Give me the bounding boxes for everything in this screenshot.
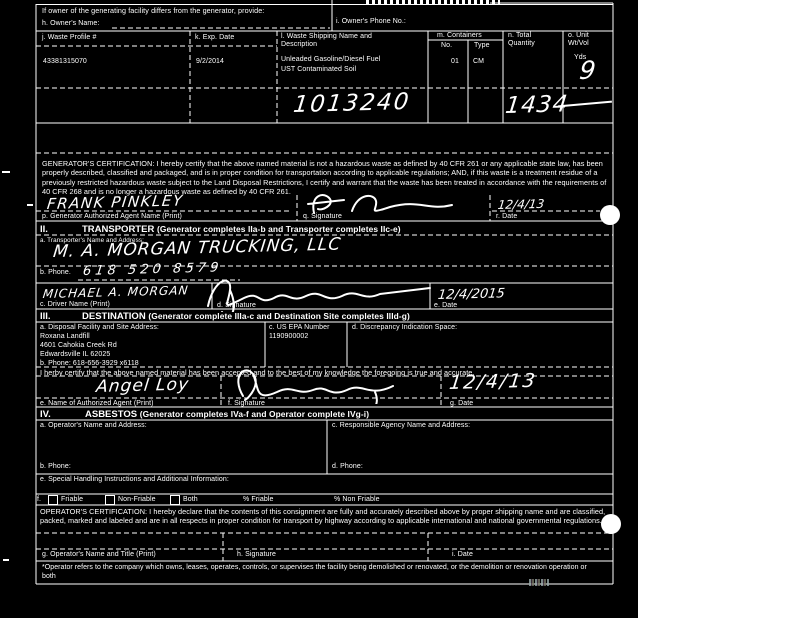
- scan-speck: [27, 204, 33, 206]
- containers-header: m. Containers: [437, 32, 482, 39]
- waste-profile-header: j. Waste Profile #: [42, 34, 96, 41]
- friable-row-label: f.: [37, 496, 41, 503]
- exp-date-value: 9/2/2014: [196, 58, 224, 65]
- responsible-agency-label: c. Responsible Agency Name and Address:: [332, 422, 470, 429]
- unit-header: o. Unit Wt/Vol: [568, 32, 602, 49]
- section-iv-subtitle: (Generator completes IVa-f and Operator …: [140, 409, 369, 419]
- generator-agent-name-handwritten: FRANK PINKLEY: [46, 191, 185, 213]
- unit-handwritten-value: 9: [578, 56, 597, 85]
- manifest-number-handwritten: 1013240: [292, 89, 412, 118]
- destination-agent-handwritten: Angel Loy: [95, 375, 190, 397]
- transporter-phone-label: b. Phone.: [40, 269, 71, 276]
- section-iii-number: III.: [40, 311, 51, 322]
- shipping-name-line2: UST Contaminated Soil: [281, 66, 356, 73]
- facility-phone: b. Phone: 618-656-3929 x6118: [40, 360, 139, 367]
- generator-date-handwritten: 12/4/13: [497, 197, 545, 212]
- both-label: Both: [183, 496, 198, 503]
- facility-city: Edwardsville IL 62025: [40, 351, 110, 358]
- section-ii-subtitle: (Generator completes IIa-b and Transport…: [157, 224, 401, 234]
- operator-date-label: i. Date: [452, 551, 473, 558]
- transporter-date-handwritten: 12/4/2015: [437, 286, 506, 303]
- cutoff-text-fragment: [366, 0, 500, 4]
- owner-differs-note: If owner of the generating facility diff…: [42, 6, 264, 15]
- section-ii-title: TRANSPORTER: [82, 224, 154, 235]
- generator-agent-label: p. Generator Authorized Agent Name (Prin…: [42, 213, 182, 220]
- containers-type-header: Type: [474, 42, 490, 49]
- discrepancy-label: d. Discrepancy Indication Space:: [352, 324, 457, 331]
- facility-street: 4601 Cahokia Creek Rd: [40, 342, 117, 349]
- operator-signature-label: h. Signature: [237, 551, 276, 558]
- disposal-facility-label: a. Disposal Facility and Site Address:: [40, 324, 159, 331]
- both-checkbox: [170, 495, 180, 505]
- epa-number-label: c. US EPA Number: [269, 324, 330, 331]
- containers-no-header: No.: [441, 42, 452, 49]
- waste-profile-value: 43381315070: [43, 58, 87, 65]
- destination-signature-label: f. Signature: [228, 400, 265, 407]
- special-handling-label: e. Special Handling Instructions and Add…: [40, 476, 229, 483]
- generator-signature-label: q. Signature: [303, 213, 342, 220]
- destination-date-label: g. Date: [450, 400, 473, 407]
- scan-speck: [2, 171, 10, 173]
- shipping-name-header: l. Waste Shipping Name and Description: [281, 33, 409, 50]
- section-iv-title: ASBESTOS: [85, 409, 137, 420]
- exp-date-header: k. Exp. Date: [195, 34, 234, 41]
- section-iv-number: IV.: [40, 409, 51, 420]
- nonfriable-checkbox: [105, 495, 115, 505]
- facility-name: Roxana Landfill: [40, 333, 90, 340]
- destination-date-handwritten: 12/4/13: [448, 370, 538, 394]
- transporter-date-label: e. Date: [434, 302, 457, 309]
- destination-agent-label: e. Name of Authorized Agent (Print): [40, 400, 154, 407]
- section-ii-number: II.: [40, 224, 48, 235]
- section-iii-subtitle: (Generator complete IIIa-c and Destinati…: [148, 311, 410, 321]
- shipping-name-line1: Unleaded Gasoline/Diesel Fuel: [281, 56, 380, 63]
- scanned-manifest-page: If owner of the generating facility diff…: [0, 0, 800, 618]
- section-iii-title: DESTINATION: [82, 311, 146, 322]
- nonfriable-label: Non-Friable: [118, 496, 156, 503]
- epa-number-value: 1190900002: [269, 333, 308, 340]
- owner-phone-label: i. Owner's Phone No.:: [336, 18, 406, 25]
- operator-footnote: *Operator refers to the company which ow…: [42, 564, 597, 581]
- transporter-signature-label: d. Signature: [217, 302, 256, 309]
- operator-certification-text: OPERATOR'S CERTIFICATION: I hereby decla…: [40, 507, 612, 526]
- total-qty-header: n. Total Quantity: [508, 32, 552, 49]
- punch-hole-top: [600, 205, 620, 225]
- inverted-scan-region: If owner of the generating facility diff…: [0, 0, 638, 618]
- destination-signature-scrawl: [225, 362, 410, 404]
- operator-name-label: g. Operator's Name and Title (Print): [42, 551, 156, 558]
- pct-friable-label: % Friable: [243, 496, 273, 503]
- pct-nonfriable-label: % Non Friable: [334, 496, 380, 503]
- scan-speck: [3, 559, 9, 561]
- friable-checkbox: [48, 495, 58, 505]
- driver-name-label: c. Driver Name (Print): [40, 301, 110, 308]
- asbestos-operator-label: a. Operator's Name and Address:: [40, 422, 147, 429]
- asbestos-operator-phone-label: b. Phone:: [40, 463, 71, 470]
- friable-label: Friable: [61, 496, 83, 503]
- containers-type-value: CM: [473, 58, 484, 65]
- owner-name-label: h. Owner's Name:: [42, 20, 99, 27]
- generator-date-label: r. Date: [496, 213, 517, 220]
- agency-phone-label: d. Phone:: [332, 463, 363, 470]
- containers-no-value: 01: [451, 58, 459, 65]
